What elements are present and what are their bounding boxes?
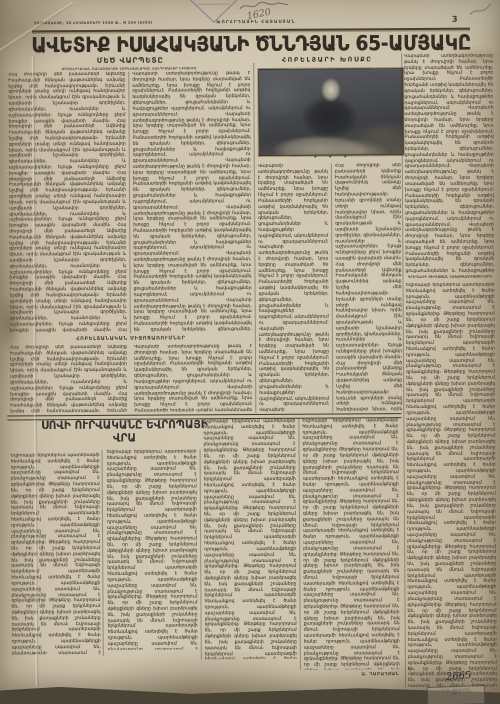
pencil-tick-icon bbox=[468, 1, 494, 21]
archive-stamp-box: ԳՐԱԿ. ԹԱՆԳԱՐԱՆ ՖՈՆԴ bbox=[427, 685, 486, 704]
dateline: ՉՈՐԵՔՇԱԲԹԻ, 30 ՀՈԿՏԵՄԲԵՐԻ 1940 Թ., N 254… bbox=[34, 20, 194, 25]
mid-section-heading: ՀՈԲԵԼՅԱՆԱԿԱՆ ՄԻՋՈՑԱՌՈՒՄՆԵՐ bbox=[10, 334, 252, 341]
stamp-box-line: ՖՈՆԴ bbox=[428, 691, 484, 697]
body-text-column: Հայ ժողովրդի մեծ բանաստեղծ Ավետիք Իսահակ… bbox=[10, 345, 127, 413]
column-rule bbox=[102, 450, 104, 656]
body-text-column: Եվրոպայի երկրներում պատերազմի հետևանքով … bbox=[11, 453, 101, 655]
newspaper-scan: ՉՈՐԵՔՇԱԲԹԻ, 30 ՀՈԿՏԵՄԲԵՐԻ 1940 Թ., N 254… bbox=[0, 0, 500, 704]
body-text-column: Եվրոպայի երկրներում պատերազմի հետևանքով … bbox=[302, 418, 400, 670]
lower-headline-line2: ՎՐԱ bbox=[113, 432, 136, 445]
column-rule bbox=[331, 164, 334, 413]
subhead-right-article: ՀՈԲԵԼՅԱՐԻ ԽՈՍՔԸ bbox=[254, 55, 400, 64]
margin-scribble-icon bbox=[15, 167, 29, 223]
page-content: ՉՈՐԵՔՇԱԲԹԻ, 30 ՀՈԿՏԵՄԲԵՐԻ 1940 Թ., N 254… bbox=[0, 0, 500, 704]
column-rule bbox=[298, 418, 301, 670]
body-text-column: Վարպետի ստեղծագործությունը թանկ է ժողովր… bbox=[132, 71, 252, 333]
body-text-column: Եվրոպայի երկրներում պատերազմի հետևանքով … bbox=[203, 419, 296, 660]
byline-left-article: ԺՈՂՈՎՐԴԱԿԱՆ ԲԱՆԱՍՏԵՂԾԻ ՀՈԲԵԼՅԱՆԱԿԱՆ ՀԱՆԴ… bbox=[6, 65, 252, 71]
handwritten-archive-number: 2665 bbox=[446, 670, 472, 683]
section-separator-dots: • • • bbox=[283, 154, 383, 161]
triangle-stamp-icon bbox=[186, 0, 242, 24]
portrait-photo-man-at-desk bbox=[258, 68, 404, 156]
page-number: 3 bbox=[452, 15, 468, 24]
body-text-column: Վարպետի ստեղծագործությունը թանկ է ժողովր… bbox=[258, 164, 330, 412]
lower-headline-line1: ՍՈՎԻ ՈՒՐՎԱԿԱՆԸ ԵՎՐՈՊԱՅԻ bbox=[41, 418, 208, 432]
body-text-column: Եվրոպայի երկրներում պատերազմի հետևանքով … bbox=[107, 449, 198, 650]
subhead-left-article: ՄԵԾ ՎԱՐՊԵՏԸ bbox=[40, 55, 220, 65]
column-rule bbox=[128, 72, 131, 334]
column-rule bbox=[200, 449, 202, 659]
right-column-subheading: ԳՐՈՂՆԵՐԻ ՄԻՈՒԹՅԱՆ ՆԱԽԱԳԱՀՈՒԹՅՈՒՆՈՒՄ bbox=[405, 275, 494, 280]
body-text-column: Եվրոպայի երկրներում պատերազմի հետևանքով … bbox=[406, 283, 497, 688]
pencil-x-mark: × bbox=[407, 666, 412, 673]
column-rule bbox=[253, 63, 256, 413]
article-signature: Ա. ԴԱԲԱՂՅԱՆ bbox=[303, 672, 399, 678]
body-text-column: Հայ ժողովրդի մեծ բանաստեղծ Ավետիք Իսահակ… bbox=[335, 163, 403, 411]
body-text-column: Վարպետի ստեղծագործությունը թանկ է ժողովր… bbox=[404, 54, 494, 274]
body-text-column: Վարպետի ստեղծագործությունը թանկ է ժողովր… bbox=[134, 344, 252, 412]
